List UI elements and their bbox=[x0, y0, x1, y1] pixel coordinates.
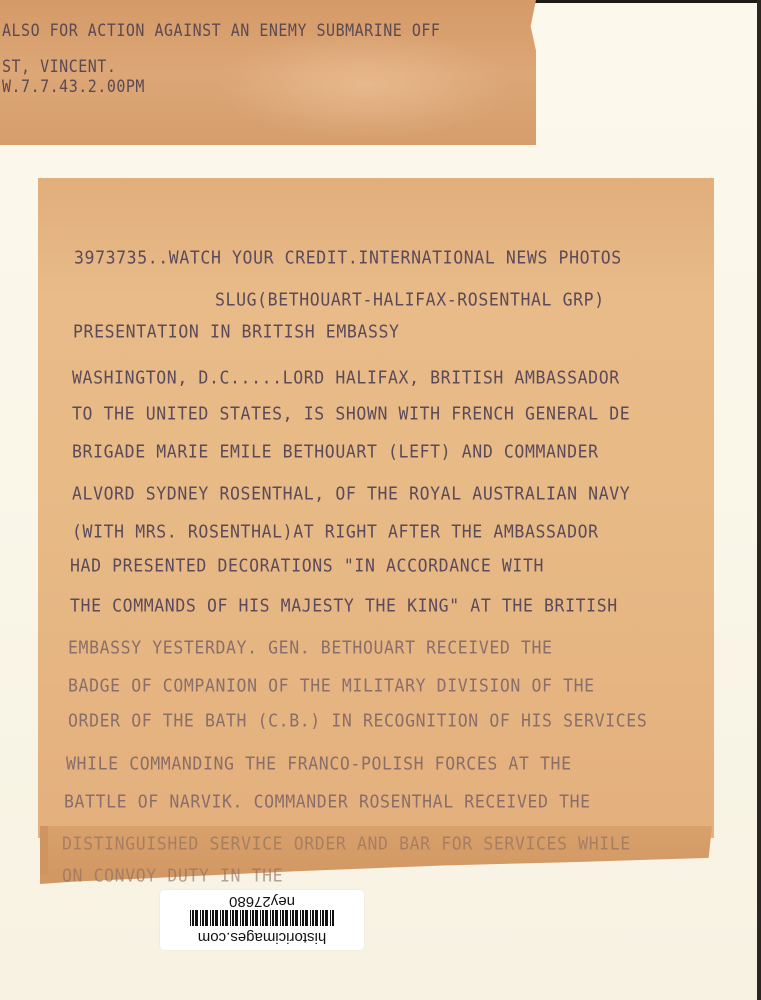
main-caption-clipping bbox=[38, 178, 714, 838]
mount-right-edge bbox=[757, 0, 761, 1000]
caption-headline: PRESENTATION IN BRITISH EMBASSY bbox=[73, 321, 400, 342]
slug-line: SLUG(BETHOUART-HALIFAX-ROSENTHAL GRP) bbox=[215, 289, 605, 310]
body-line: TO THE UNITED STATES, IS SHOWN WITH FREN… bbox=[72, 403, 630, 424]
photo-credit-header: 3973735..WATCH YOUR CREDIT.INTERNATIONAL… bbox=[74, 247, 622, 268]
water-stain bbox=[215, 30, 515, 140]
clipping-torn-tab bbox=[40, 826, 48, 874]
label-rotated-content: historicimages.com ney27680 bbox=[160, 890, 364, 950]
label-site-text: historicimages.com bbox=[160, 929, 364, 946]
body-line: DISTINGUISHED SERVICE ORDER AND BAR FOR … bbox=[62, 833, 631, 854]
body-line: WASHINGTON, D.C.....LORD HALIFAX, BRITIS… bbox=[72, 367, 620, 388]
body-line-torn: ON CONVOY DUTY IN THE bbox=[62, 865, 283, 886]
body-line: ALVORD SYDNEY ROSENTHAL, OF THE ROYAL AU… bbox=[72, 483, 630, 504]
inventory-barcode-label: historicimages.com ney27680 bbox=[160, 890, 364, 950]
body-line: BATTLE OF NARVIK. COMMANDER ROSENTHAL RE… bbox=[64, 791, 591, 812]
body-line: BRIGADE MARIE EMILE BETHOUART (LEFT) AND… bbox=[72, 441, 599, 462]
body-line: (WITH MRS. ROSENTHAL)AT RIGHT AFTER THE … bbox=[72, 521, 599, 542]
top-caption-clipping: ALSO FOR ACTION AGAINST AN ENEMY SUBMARI… bbox=[0, 0, 536, 145]
clipping-line: ALSO FOR ACTION AGAINST AN ENEMY SUBMARI… bbox=[2, 20, 440, 41]
clipping-line: W.7.7.43.2.00PM bbox=[2, 76, 145, 97]
clipping-line: ST, VINCENT. bbox=[2, 56, 116, 77]
barcode-icon bbox=[190, 910, 334, 926]
label-inventory-code: ney27680 bbox=[160, 893, 364, 910]
body-line: THE COMMANDS OF HIS MAJESTY THE KING" AT… bbox=[70, 595, 618, 616]
body-line: EMBASSY YESTERDAY. GEN. BETHOUART RECEIV… bbox=[68, 637, 553, 658]
body-line: WHILE COMMANDING THE FRANCO-POLISH FORCE… bbox=[66, 753, 572, 774]
body-line: BADGE OF COMPANION OF THE MILITARY DIVIS… bbox=[68, 675, 595, 696]
body-line: HAD PRESENTED DECORATIONS "IN ACCORDANCE… bbox=[70, 555, 544, 576]
body-line: ORDER OF THE BATH (C.B.) IN RECOGNITION … bbox=[68, 710, 647, 731]
